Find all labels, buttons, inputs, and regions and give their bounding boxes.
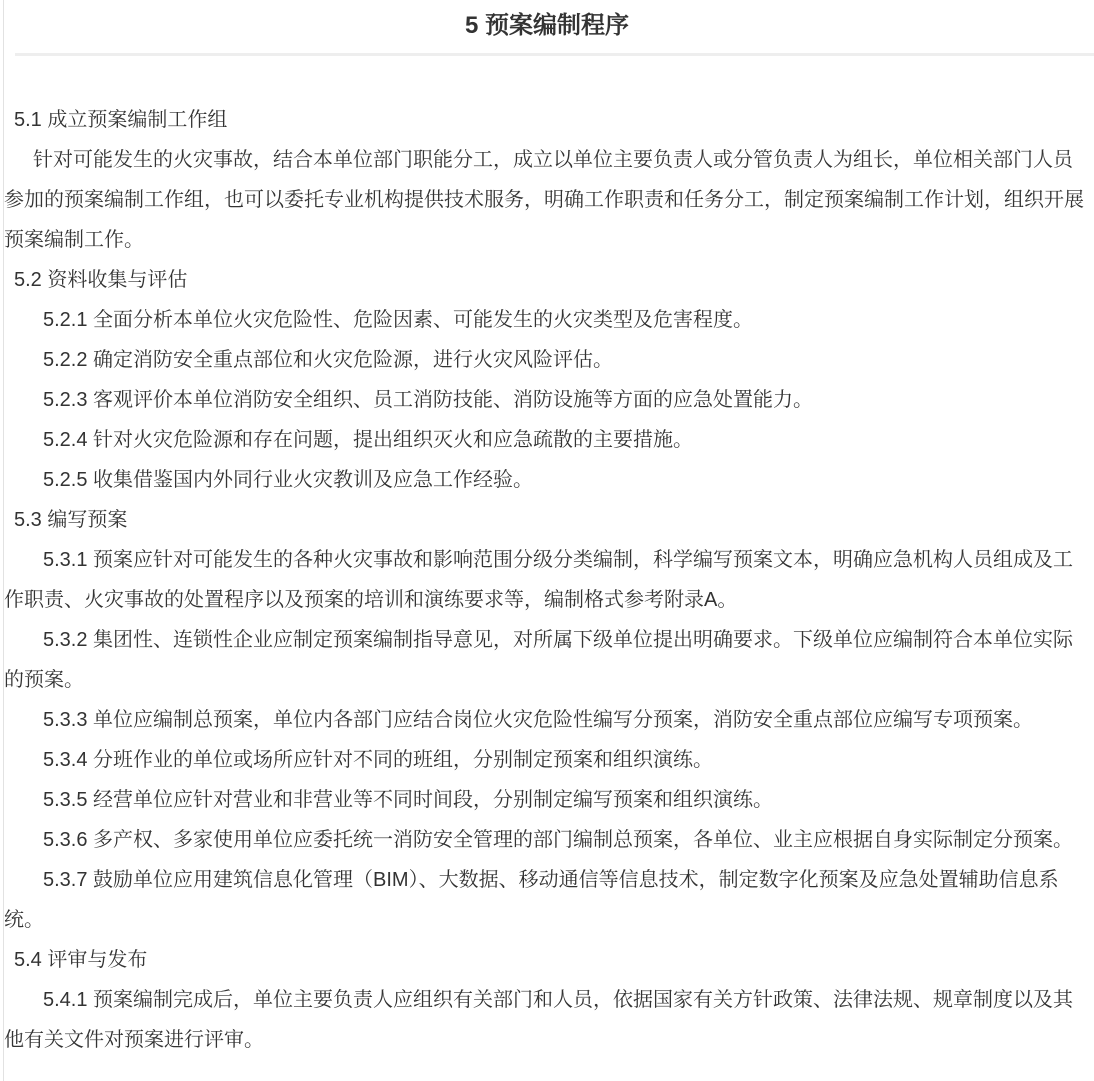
page-title: 5 预案编制程序 [0, 0, 1094, 53]
clause-paragraph-5.2.1: 5.2.1 全面分析本单位火灾危险性、危险因素、可能发生的火灾类型及危害程度。 [4, 300, 1086, 340]
clause-paragraph-5.3.6: 5.3.6 多产权、多家使用单位应委托统一消防安全管理的部门编制总预案，各单位、… [4, 820, 1086, 860]
left-edge-border [3, 0, 4, 1081]
document-page: 5 预案编制程序 5.1 成立预案编制工作组针对可能发生的火灾事故，结合本单位部… [0, 0, 1094, 1060]
clause-paragraph-5.2.4: 5.2.4 针对火灾危险源和存在问题，提出组织灭火和应急疏散的主要措施。 [4, 420, 1086, 460]
section-heading-5.2: 5.2 资料收集与评估 [4, 260, 1086, 300]
section-heading-5.4: 5.4 评审与发布 [4, 940, 1086, 980]
clause-paragraph-5.2.2: 5.2.2 确定消防安全重点部位和火灾危险源，进行火灾风险评估。 [4, 340, 1086, 380]
clause-paragraph-5.3.1: 5.3.1 预案应针对可能发生的各种火灾事故和影响范围分级分类编制，科学编写预案… [4, 540, 1086, 620]
clause-paragraph-5.3.5: 5.3.5 经营单位应针对营业和非营业等不同时间段，分别制定编写预案和组织演练。 [4, 780, 1086, 820]
section-heading-5.3: 5.3 编写预案 [4, 500, 1086, 540]
clause-paragraph-5.2.5: 5.2.5 收集借鉴国内外同行业火灾教训及应急工作经验。 [4, 460, 1086, 500]
clause-paragraph-5.3.4: 5.3.4 分班作业的单位或场所应针对不同的班组，分别制定预案和组织演练。 [4, 740, 1086, 780]
clause-paragraph-5.4.1: 5.4.1 预案编制完成后，单位主要负责人应组织有关部门和人员，依据国家有关方针… [4, 980, 1086, 1060]
document-body: 5.1 成立预案编制工作组针对可能发生的火灾事故，结合本单位部门职能分工，成立以… [0, 56, 1094, 1060]
clause-paragraph-5.3.7: 5.3.7 鼓励单位应用建筑信息化管理（BIM）、大数据、移动通信等信息技术，制… [4, 860, 1086, 940]
clause-paragraph-5.3.2: 5.3.2 集团性、连锁性企业应制定预案编制指导意见，对所属下级单位提出明确要求… [4, 620, 1086, 700]
clause-paragraph-5.2.3: 5.2.3 客观评价本单位消防安全组织、员工消防技能、消防设施等方面的应急处置能… [4, 380, 1086, 420]
clause-paragraph-5.3.3: 5.3.3 单位应编制总预案，单位内各部门应结合岗位火灾危险性编写分预案，消防安… [4, 700, 1086, 740]
section-heading-5.1: 5.1 成立预案编制工作组 [4, 100, 1086, 140]
clause-paragraph-5.1-p: 针对可能发生的火灾事故，结合本单位部门职能分工，成立以单位主要负责人或分管负责人… [4, 140, 1086, 260]
